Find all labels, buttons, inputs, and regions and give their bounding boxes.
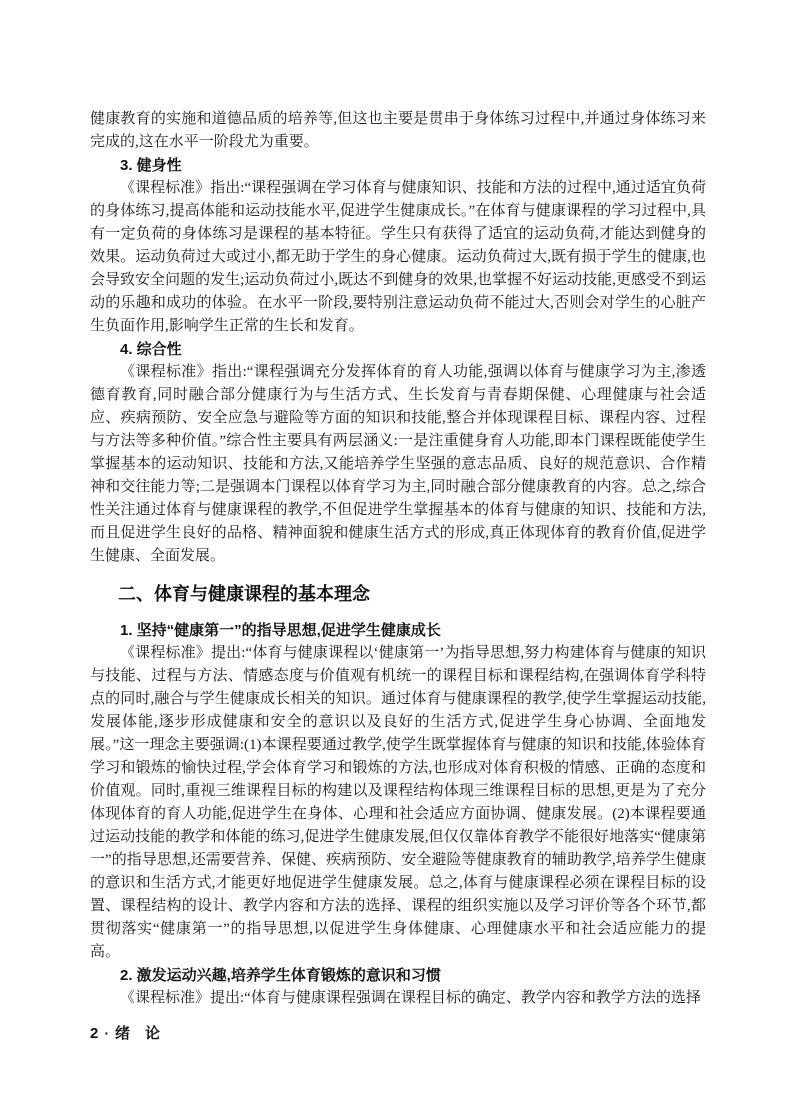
document-page: 健康教育的实施和道德品质的培养等,但这也主要是贯串于身体练习过程中,并通过身体练… (0, 0, 790, 1094)
footer-separator-dot: · (104, 1025, 109, 1041)
paragraph-comprehensiveness: 《课程标准》指出:“课程强调充分发挥体育的育人功能,强调以体育与健康学习为主,渗… (90, 361, 706, 568)
paragraph-sports-interest: 《课程标准》提出:“体育与健康课程强调在课程目标的确定、教学内容和教学方法的选择 (90, 987, 706, 1010)
page-footer: 2 · 绪 论 (90, 1022, 160, 1043)
paragraph-fitness: 《课程标准》指出:“课程强调在学习体育与健康知识、技能和方法的过程中,通过适宜负… (90, 177, 706, 338)
subsection-heading-sports-interest: 2. 激发运动兴趣,培养学生体育锻炼的意识和习惯 (90, 964, 706, 987)
page-number: 2 (90, 1025, 98, 1042)
paragraph-continuation: 健康教育的实施和道德品质的培养等,但这也主要是贯串于身体练习过程中,并通过身体练… (90, 108, 706, 154)
subsection-heading-fitness: 3. 健身性 (90, 154, 706, 177)
page-content: 健康教育的实施和道德品质的培养等,但这也主要是贯串于身体练习过程中,并通过身体练… (90, 108, 706, 1010)
chapter-title: 绪 论 (115, 1022, 160, 1043)
section-heading-basic-concepts: 二、体育与健康课程的基本理念 (90, 581, 706, 607)
subsection-heading-comprehensiveness: 4. 综合性 (90, 338, 706, 361)
paragraph-health-first: 《课程标准》提出:“体育与健康课程以‘健康第一’为指导思想,努力构建体育与健康的… (90, 642, 706, 964)
subsection-heading-health-first: 1. 坚持“健康第一”的指导思想,促进学生健康成长 (90, 619, 706, 642)
